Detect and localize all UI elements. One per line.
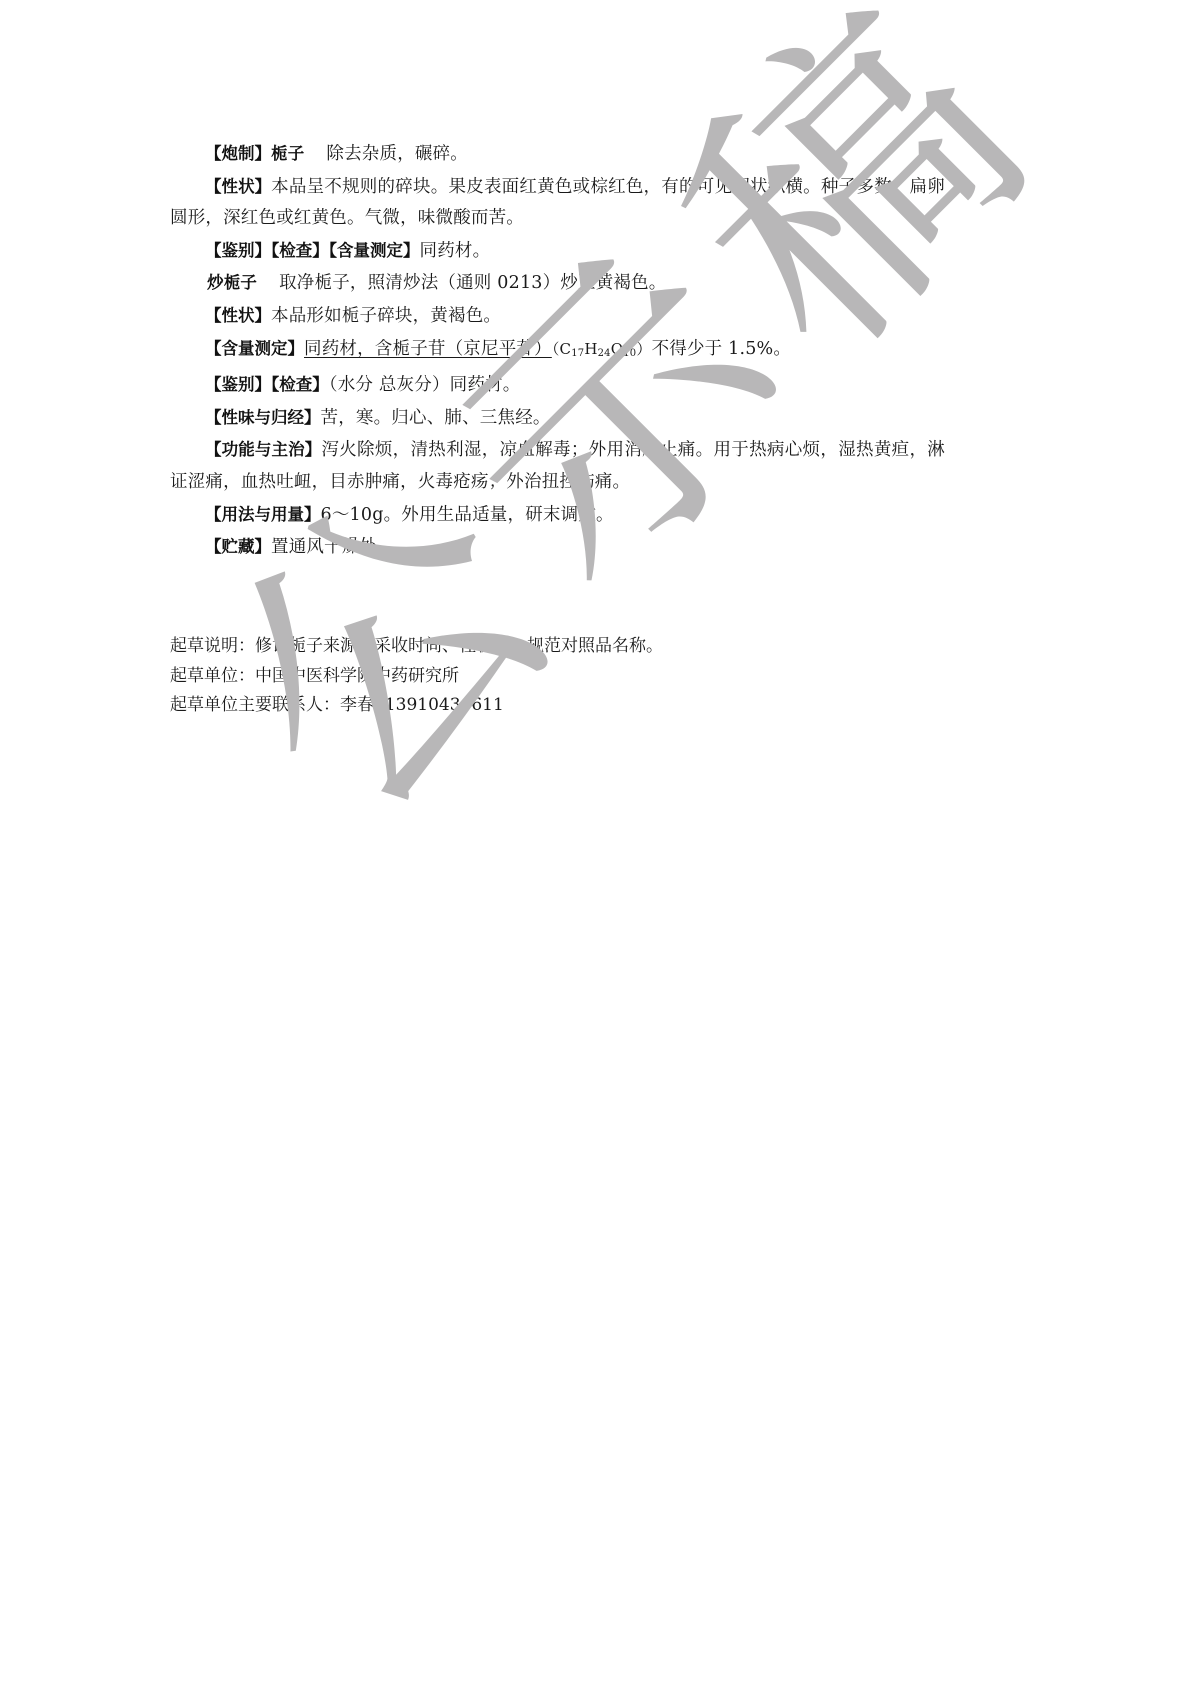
section-heading: 【鉴别】【检查】	[205, 375, 329, 394]
formula-element: H	[584, 340, 597, 358]
paren-open: （	[552, 340, 560, 358]
draft-unit: 起草单位：中国中医科学院中药研究所	[170, 662, 970, 692]
monograph-body: 【炮制】栀子除去杂质，碾碎。 【性状】本品呈不规则的碎块。果皮表面红黄色或棕红色…	[170, 138, 945, 564]
draft-footer: 起草说明：修订栀子来源项采收时间、性状项、规范对照品名称。 起草单位：中国中医科…	[170, 632, 970, 721]
section-text: （水分 总灰分）同药材。	[329, 375, 521, 395]
formula-subscript: 10	[623, 348, 636, 359]
section-text: 取净栀子，照清炒法（通则 0213）炒至黄褐色。	[279, 273, 666, 293]
section-heading: 【性状】	[205, 306, 271, 325]
chemical-formula: （C17H24O10）	[552, 340, 652, 358]
section-text: 置通风干燥处。	[271, 537, 395, 557]
section-heading: 【性状】	[205, 177, 271, 196]
section-text: 本品形如栀子碎块，黄褐色。	[271, 306, 501, 326]
section-heading: 【炮制】	[205, 144, 271, 163]
document-page: 【炮制】栀子除去杂质，碾碎。 【性状】本品呈不规则的碎块。果皮表面红黄色或棕红色…	[0, 0, 1190, 1683]
section-text: 苦，寒。归心、肺、三焦经。	[321, 408, 551, 428]
section-chao-hanliang: 【含量测定】同药材，含栀子苷（京尼平苷）（C17H24O10）不得少于 1.5%…	[170, 333, 945, 370]
section-zhucang: 【贮藏】置通风干燥处。	[170, 531, 945, 564]
draft-contact: 起草单位主要联系人：李春 13910436611	[170, 691, 970, 721]
section-xingzhuang: 【性状】本品呈不规则的碎块。果皮表面红黄色或棕红色，有的可见翅状纵横。种子多数，…	[170, 171, 945, 235]
section-chao-jianbie-jiancha: 【鉴别】【检查】（水分 总灰分）同药材。	[170, 369, 945, 402]
section-text: 本品呈不规则的碎块。果皮表面红黄色或棕红色，有的可见翅状纵横。种子多数，扁卵圆形…	[170, 177, 945, 229]
section-text: 6～10g。外用生品适量，研末调敷。	[321, 505, 614, 525]
draft-note: 起草说明：修订栀子来源项采收时间、性状项、规范对照品名称。	[170, 632, 970, 662]
section-xingwei: 【性味与归经】苦，寒。归心、肺、三焦经。	[170, 402, 945, 435]
formula-subscript: 17	[571, 348, 584, 359]
section-text: 除去杂质，碾碎。	[326, 144, 468, 164]
section-text: 同药材。	[420, 241, 491, 261]
section-chaozhizi: 炒栀子取净栀子，照清炒法（通则 0213）炒至黄褐色。	[170, 267, 945, 300]
formula-element: O	[611, 340, 624, 358]
formula-subscript: 24	[598, 348, 611, 359]
item-term: 栀子	[271, 144, 304, 163]
section-text: 不得少于 1.5%。	[652, 339, 792, 359]
section-yongfa: 【用法与用量】6～10g。外用生品适量，研末调敷。	[170, 499, 945, 532]
underlined-revision: 同药材，含栀子苷（京尼平苷）	[304, 339, 552, 359]
section-paozhi: 【炮制】栀子除去杂质，碾碎。	[170, 138, 945, 171]
section-jianbie-jiancha-hanliang: 【鉴别】【检查】【含量测定】同药材。	[170, 235, 945, 268]
section-heading: 【鉴别】【检查】【含量测定】	[205, 241, 420, 260]
section-heading: 【性味与归经】	[205, 408, 321, 427]
paren-close: ）	[636, 340, 651, 358]
section-gongneng: 【功能与主治】泻火除烦，清热利湿，凉血解毒；外用消肿止痛。用于热病心烦，湿热黄疸…	[170, 434, 945, 498]
section-heading: 【贮藏】	[205, 537, 271, 556]
section-heading: 【用法与用量】	[205, 505, 321, 524]
formula-element: C	[560, 340, 572, 358]
section-heading: 【含量测定】	[205, 339, 304, 358]
section-heading: 【功能与主治】	[205, 440, 321, 459]
item-term: 炒栀子	[207, 273, 257, 292]
section-chao-xingzhuang: 【性状】本品形如栀子碎块，黄褐色。	[170, 300, 945, 333]
